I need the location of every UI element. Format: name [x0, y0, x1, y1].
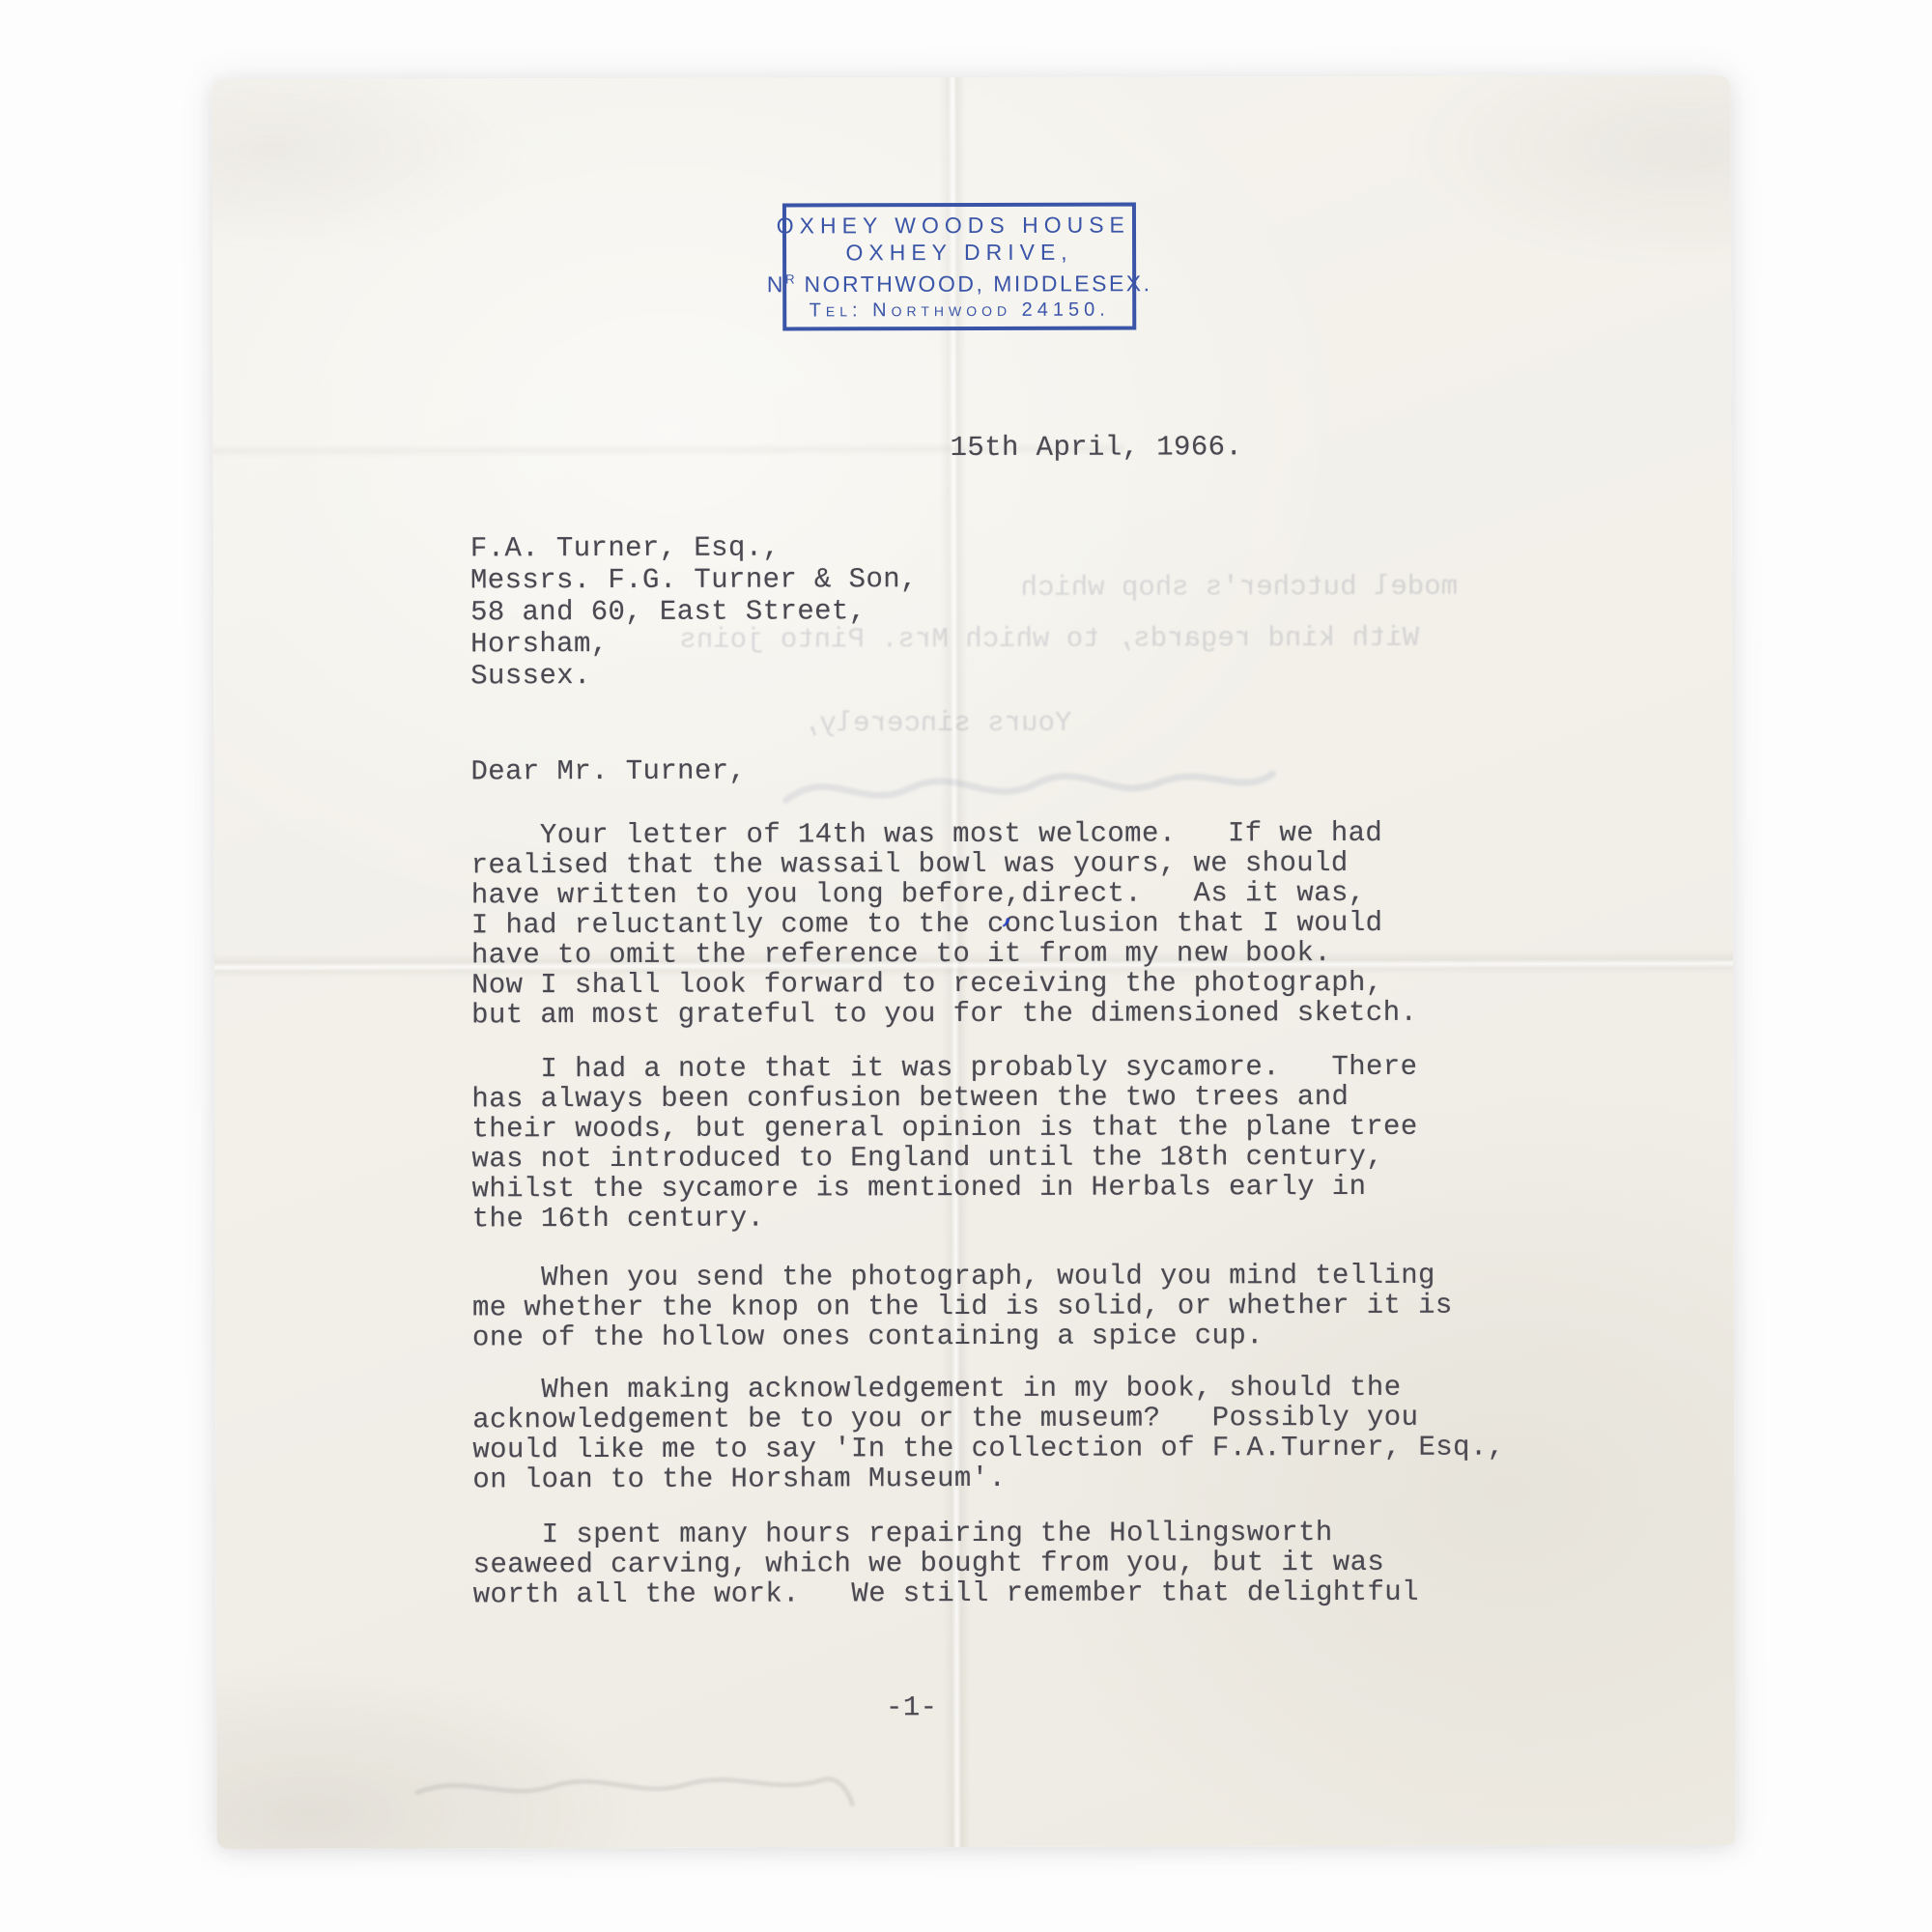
- paragraph-line: realised that the wassail bowl was yours…: [471, 848, 1349, 880]
- paragraph-line: but am most grateful to you for the dime…: [471, 998, 1417, 1031]
- letter-paper: OXHEY WOODS HOUSE, OXHEY DRIVE, NR NORTH…: [213, 75, 1736, 1849]
- date-line: 15th April, 1966.: [951, 432, 1243, 463]
- paragraph-line: acknowledgement be to you or the museum?…: [472, 1403, 1418, 1435]
- paragraph-line: their woods, but general opinion is that…: [471, 1112, 1417, 1145]
- letterhead-line-drive: OXHEY DRIVE,: [845, 238, 1072, 266]
- paragraph-line: would like me to say 'In the collection …: [472, 1433, 1504, 1465]
- letterhead-line-house: OXHEY WOODS HOUSE,: [777, 211, 1143, 239]
- recipient-line: 58 and 60, East Street,: [470, 595, 867, 628]
- paragraph-line: whilst the sycamore is mentioned in Herb…: [472, 1172, 1367, 1204]
- bleed-through-line: Yours sincerely,: [830, 707, 1071, 740]
- bleed-through-signature-ghost: [772, 743, 1284, 826]
- recipient-line: Horsham,: [470, 628, 609, 660]
- paragraph-line: seaweed carving, which we bought from yo…: [473, 1548, 1385, 1579]
- paragraph-line: I had reluctantly come to the conclusion…: [471, 908, 1383, 940]
- page-number: -1-: [886, 1692, 938, 1722]
- letterhead-box: OXHEY WOODS HOUSE, OXHEY DRIVE, NR NORTH…: [782, 203, 1136, 331]
- paragraph-line: have written to you long before,direct. …: [471, 878, 1366, 910]
- paragraph-line: I spent many hours repairing the Holling…: [473, 1518, 1333, 1549]
- recipient-line: Sussex.: [470, 660, 591, 692]
- paragraph-line: me whether the knop on the lid is solid,…: [472, 1291, 1453, 1323]
- bleed-through-line: model butcher's shop which: [955, 571, 1458, 604]
- paragraph-line: has always been confusion between the tw…: [471, 1082, 1349, 1114]
- paragraph-line: have to omit the reference to it from my…: [471, 938, 1331, 970]
- paragraph-line: one of the hollow ones containing a spic…: [472, 1321, 1264, 1352]
- paragraph-line: on loan to the Horsham Museum'.: [472, 1463, 1006, 1494]
- paragraph-line: Now I shall look forward to receiving th…: [471, 968, 1383, 1000]
- paragraph-line: worth all the work. We still remember th…: [473, 1577, 1419, 1610]
- paragraph-line: When you send the photograph, would you …: [472, 1261, 1435, 1293]
- letterhead-line-telephone: Tel: Northwood 24150.: [810, 297, 1110, 325]
- paragraph-line: I had a note that it was probably sycamo…: [471, 1052, 1417, 1085]
- pencil-ghost-mark: [398, 1750, 871, 1824]
- paragraph-line: Your letter of 14th was most welcome. If…: [471, 818, 1383, 850]
- salutation: Dear Mr. Turner,: [470, 756, 746, 787]
- paragraph-line: the 16th century.: [472, 1204, 765, 1235]
- paragraph-line: When making acknowledgement in my book, …: [472, 1373, 1401, 1406]
- letterhead-line-town: NR NORTHWOOD, MIDDLESEX.: [767, 265, 1152, 298]
- recipient-line: F.A. Turner, Esq.,: [470, 532, 781, 565]
- paragraph-line: was not introduced to England until the …: [471, 1142, 1383, 1174]
- recipient-line: Messrs. F.G. Turner & Son,: [470, 563, 918, 596]
- scan-background: OXHEY WOODS HOUSE, OXHEY DRIVE, NR NORTH…: [0, 0, 1932, 1932]
